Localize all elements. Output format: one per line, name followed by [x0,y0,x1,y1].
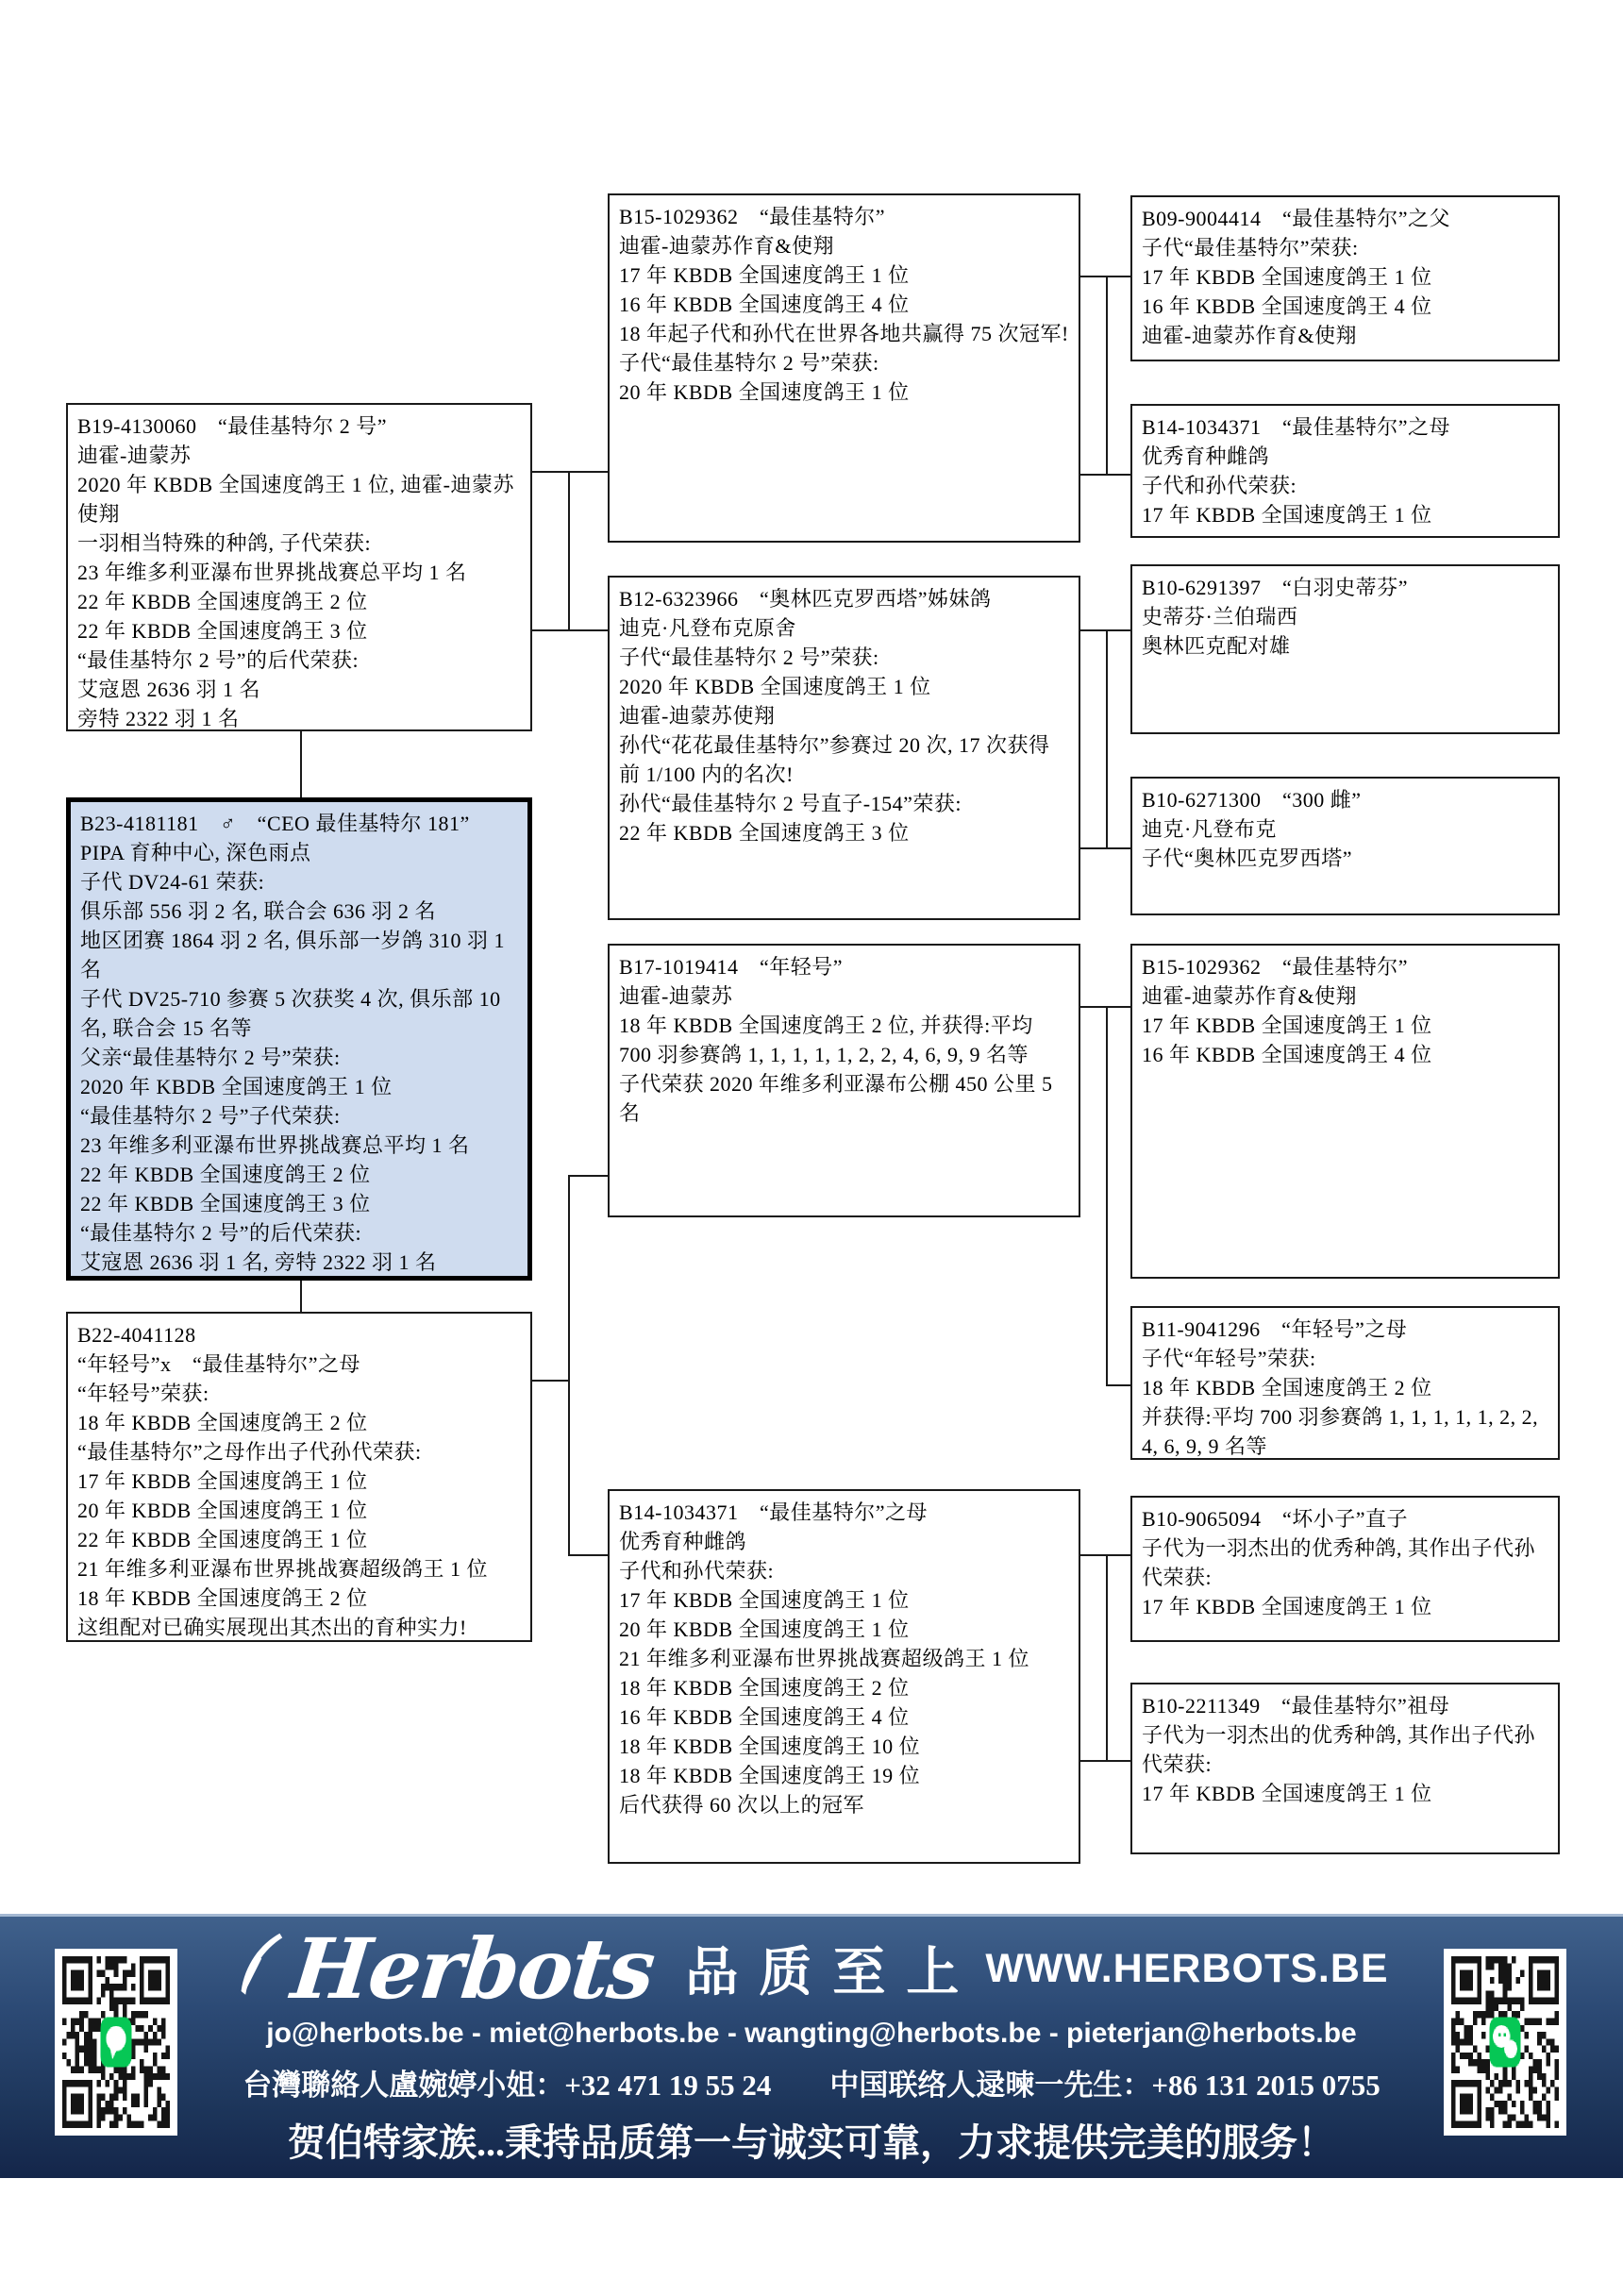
pedigree-text-line: 迪霍-迪蒙苏使翔 [619,701,1069,730]
pedigree-connector-line [532,471,608,473]
pedigree-text-line: 迪霍-迪蒙苏作育&使翔 [1142,321,1548,350]
pedigree-text-line: 优秀育种雌鸽 [1142,442,1548,471]
pedigree-text-line: 子代和孙代荣获: [619,1556,1069,1585]
pedigree-text-line: 17 年 KBDB 全国速度鸽王 1 位 [1142,1592,1548,1621]
pedigree-text-line: 18 年 KBDB 全国速度鸽王 2 位 [77,1584,521,1613]
pedigree-text-line: 子代和孙代荣获: [1142,471,1548,500]
pedigree-text-line: 这组配对已确实展现出其杰出的育种实力! [77,1613,521,1642]
pedigree-box-b22-4041128: B22-4041128“年轻号”x “最佳基特尔”之母“年轻号”荣获:18 年 … [66,1312,532,1642]
pedigree-text-line: 艾寇恩 2636 羽 1 名 [77,675,521,704]
pedigree-text-line: 22 年 KBDB 全国速度鸽王 2 位 [80,1160,518,1189]
slogan-text: 贺伯特家族...秉持品质第一与诚实可靠，力求提供完美的服务！ [288,2113,1335,2167]
pedigree-text-line: B22-4041128 [77,1320,521,1349]
pedigree-connector-line [1080,847,1130,849]
website-text: WWW.HERBOTS.BE [985,1946,1388,1992]
pedigree-text-line: 迪克·凡登布克 [1142,814,1548,844]
pedigree-text-line: 子代“最佳基特尔 2 号”荣获: [619,348,1069,377]
pedigree-text-line: B10-6271300 “300 雌” [1142,785,1548,814]
pedigree-text-line: B11-9041296 “年轻号”之母 [1142,1315,1548,1344]
pedigree-text-line: “最佳基特尔 2 号”的后代荣获: [80,1218,518,1248]
pedigree-text-line: “年轻号”x “最佳基特尔”之母 [77,1349,521,1379]
pedigree-text-line: 子代 DV24-61 荣获: [80,867,518,897]
pedigree-connector-line [568,1175,570,1554]
pedigree-text-line: 2020 年 KBDB 全国速度鸽王 1 位 [619,672,1069,701]
pedigree-text-line: 16 年 KBDB 全国速度鸽王 4 位 [1142,1040,1548,1069]
pedigree-text-line: 子代为一羽杰出的优秀种鸽, 其作出子代孙代荣获: [1142,1720,1548,1779]
pedigree-text-line: “最佳基特尔”之母作出子代孙代荣获: [77,1437,521,1466]
pedigree-text-line: 并获得:平均 700 羽参赛鸽 1, 1, 1, 1, 1, 2, 2, 4, … [1142,1402,1548,1460]
pedigree-text-line: 16 年 KBDB 全国速度鸽王 4 位 [619,290,1069,319]
pedigree-text-line: B14-1034371 “最佳基特尔”之母 [1142,412,1548,442]
pedigree-text-line: 17 年 KBDB 全国速度鸽王 1 位 [619,1585,1069,1615]
pedigree-text-line: 20 年 KBDB 全国速度鸽王 1 位 [619,377,1069,407]
pedigree-text-line: 迪霍-迪蒙苏 [619,981,1069,1011]
pedigree-text-line: 子代 DV25-710 参赛 5 次获奖 4 次, 俱乐部 10 名, 联合会 … [80,984,518,1043]
pedigree-text-line: 孙代“花花最佳基特尔”参赛过 20 次, 17 次获得前 1/100 内的名次! [619,730,1069,789]
pedigree-text-line: 迪霍-迪蒙苏作育&使翔 [619,231,1069,260]
pedigree-text-line: 21 年维多利亚瀑布世界挑战赛超级鸽王 1 位 [77,1554,521,1584]
pedigree-box-b23-4181181: B23-4181181 ♂ “CEO 最佳基特尔 181”PIPA 育种中心, … [66,797,532,1281]
pedigree-text-line: 21 年维多利亚瀑布世界挑战赛超级鸽王 1 位 [619,1644,1069,1673]
pedigree-text-line: 优秀育种雌鸽 [619,1527,1069,1556]
pedigree-text-line: 23 年维多利亚瀑布世界挑战赛总平均 1 名 [80,1131,518,1160]
brand-wordmark: Herbots [289,1926,658,2011]
pedigree-text-line: 迪霍-迪蒙苏 [77,441,521,470]
pedigree-text-line: 旁特 2322 羽 1 名 [77,704,521,731]
pedigree-text-line: 奥林匹克配对雄 [1142,631,1548,661]
pedigree-text-line: 子代“奥林匹克罗西塔” [1142,844,1548,873]
pedigree-text-line: 17 年 KBDB 全国速度鸽王 1 位 [1142,1779,1548,1808]
pedigree-box-b19-4130060: B19-4130060 “最佳基特尔 2 号”迪霍-迪蒙苏2020 年 KBDB… [66,403,532,731]
pedigree-text-line: “最佳基特尔 2 号”的后代荣获: [77,645,521,675]
pedigree-connector-line [532,1380,570,1382]
pedigree-connector-line [1106,629,1108,847]
pedigree-text-line: B14-1034371 “最佳基特尔”之母 [619,1498,1069,1527]
pedigree-text-line: 2020 年 KBDB 全国速度鸽王 1 位 [80,1072,518,1101]
pedigree-text-line: B12-6323966 “奥林匹克罗西塔”姊妹鸽 [619,584,1069,613]
pedigree-text-line: B15-1029362 “最佳基特尔” [1142,952,1548,981]
pedigree-connector-line [532,629,608,631]
pedigree-text-line: B23-4181181 ♂ “CEO 最佳基特尔 181” [80,809,518,838]
pedigree-box-b15-1029362-gsire: B15-1029362 “最佳基特尔”迪霍-迪蒙苏作育&使翔17 年 KBDB … [1130,944,1560,1279]
pedigree-text-line: “年轻号”荣获: [77,1379,521,1408]
pedigree-text-line: 18 年起子代和孙代在世界各地共赢得 75 次冠军! [619,319,1069,348]
pedigree-box-b14-1034371-dam: B14-1034371 “最佳基特尔”之母优秀育种雌鸽子代和孙代荣获:17 年 … [608,1489,1080,1864]
pedigree-box-b10-2211349: B10-2211349 “最佳基特尔”祖母子代为一羽杰出的优秀种鸽, 其作出子代… [1130,1683,1560,1854]
pedigree-text-line: 18 年 KBDB 全国速度鸽王 2 位 [1142,1373,1548,1402]
footer-content: Herbots 品质至上 WWW.HERBOTS.BE jo@herbots.b… [193,1921,1430,2169]
emails-text: jo@herbots.be - miet@herbots.be - wangti… [266,2018,1356,2050]
pedigree-connector-line [1106,1006,1108,1384]
pedigree-text-line: 17 年 KBDB 全国速度鸽王 1 位 [1142,1011,1548,1040]
pedigree-box-b14-1034371-gdam: B14-1034371 “最佳基特尔”之母优秀育种雌鸽子代和孙代荣获:17 年 … [1130,404,1560,538]
pedigree-text-line: 子代为一羽杰出的优秀种鸽, 其作出子代孙代荣获: [1142,1533,1548,1592]
pedigree-text-line: 22 年 KBDB 全国速度鸽王 3 位 [619,818,1069,847]
pedigree-box-b09-9004414: B09-9004414 “最佳基特尔”之父子代“最佳基特尔”荣获:17 年 KB… [1130,195,1560,361]
pedigree-text-line: 18 年 KBDB 全国速度鸽王 19 位 [619,1761,1069,1790]
pedigree-connector-line [568,1175,608,1177]
contacts-text: 台灣聯絡人盧婉婷小姐：+32 471 19 55 24 中国联络人逯暕一先生：+… [243,2061,1380,2103]
pedigree-connector-line [300,731,302,797]
pedigree-text-line: 俱乐部 556 羽 2 名, 联合会 636 羽 2 名 [80,897,518,926]
pedigree-text-line: PIPA 育种中心, 深色雨点 [80,838,518,867]
pedigree-page: B19-4130060 “最佳基特尔 2 号”迪霍-迪蒙苏2020 年 KBDB… [0,0,1623,2296]
line-qr-code [62,1956,170,2128]
pedigree-text-line: 父亲“最佳基特尔 2 号”荣获: [80,1043,518,1072]
pedigree-text-line: B15-1029362 “最佳基特尔” [619,202,1069,231]
pedigree-text-line: 17 年 KBDB 全国速度鸽王 1 位 [1142,262,1548,292]
pedigree-text-line: B10-2211349 “最佳基特尔”祖母 [1142,1691,1548,1720]
pedigree-text-line: 18 年 KBDB 全国速度鸽王 2 位 [77,1408,521,1437]
pedigree-box-b15-1029362-sire: B15-1029362 “最佳基特尔”迪霍-迪蒙苏作育&使翔17 年 KBDB … [608,193,1080,543]
pedigree-text-line: 22 年 KBDB 全国速度鸽王 3 位 [80,1189,518,1218]
pedigree-text-line: B19-4130060 “最佳基特尔 2 号” [77,411,521,441]
line-qr-card [55,1949,177,2136]
pedigree-text-line: B17-1019414 “年轻号” [619,952,1069,981]
pedigree-text-line: 18 年 KBDB 全国速度鸽王 2 位 [619,1673,1069,1702]
pedigree-connector-line [1106,1554,1108,1760]
pedigree-text-line: 20 年 KBDB 全国速度鸽王 1 位 [619,1615,1069,1644]
pedigree-text-line: 子代荣获 2020 年维多利亚瀑布公棚 450 公里 5 名 [619,1069,1069,1128]
pedigree-text-line: 22 年 KBDB 全国速度鸽王 3 位 [77,616,521,645]
pedigree-text-line: 22 年 KBDB 全国速度鸽王 1 位 [77,1525,521,1554]
brand-row: Herbots 品质至上 WWW.HERBOTS.BE [234,1921,1388,2016]
pedigree-text-line: 地区团赛 1864 羽 2 名, 俱乐部一岁鸽 310 羽 1 名 [80,926,518,984]
wechat-qr-code [1451,1956,1559,2128]
pedigree-text-line: 18 年 KBDB 全国速度鸽王 10 位 [619,1732,1069,1761]
pedigree-text-line: B09-9004414 “最佳基特尔”之父 [1142,204,1548,233]
wechat-qr-card [1444,1949,1566,2136]
pedigree-connector-line [568,471,570,629]
pedigree-connector-line [300,1281,302,1312]
pedigree-text-line: 18 年 KBDB 全国速度鸽王 2 位, 并获得:平均 700 羽参赛鸽 1,… [619,1011,1069,1069]
pedigree-box-b10-6291397: B10-6291397 “白羽史蒂芬”史蒂芬·兰伯瑞西奥林匹克配对雄 [1130,564,1560,734]
pedigree-text-line: 23 年维多利亚瀑布世界挑战赛总平均 1 名 [77,558,521,587]
pedigree-connector-line [1106,276,1108,474]
pedigree-box-b10-6271300: B10-6271300 “300 雌”迪克·凡登布克子代“奥林匹克罗西塔” [1130,777,1560,915]
brand-tagline: 品质至上 [685,1931,979,2006]
pedigree-connector-line [1080,474,1130,476]
pedigree-text-line: 16 年 KBDB 全国速度鸽王 4 位 [619,1702,1069,1732]
pedigree-text-line: 一羽相当特殊的种鸽, 子代荣获: [77,528,521,558]
pedigree-text-line: 艾寇恩 2636 羽 1 名, 旁特 2322 羽 1 名 [80,1248,518,1277]
pedigree-box-b10-9065094: B10-9065094 “坏小子”直子子代为一羽杰出的优秀种鸽, 其作出子代孙代… [1130,1496,1560,1642]
pedigree-text-line: 后代获得 60 次以上的冠军 [619,1790,1069,1819]
pedigree-text-line: 孙代“最佳基特尔 2 号直子-154”荣获: [619,789,1069,818]
pedigree-text-line: 2020 年 KBDB 全国速度鸽王 1 位, 迪霍-迪蒙苏使翔 [77,470,521,528]
pedigree-connector-line [1106,1384,1130,1386]
pedigree-text-line: “最佳基特尔 2 号”子代荣获: [80,1101,518,1131]
pedigree-text-line: 史蒂芬·兰伯瑞西 [1142,602,1548,631]
pedigree-text-line: 16 年 KBDB 全国速度鸽王 4 位 [1142,292,1548,321]
pedigree-text-line: B10-6291397 “白羽史蒂芬” [1142,573,1548,602]
pedigree-text-line: 17 年 KBDB 全国速度鸽王 1 位 [619,260,1069,290]
pedigree-text-line: 迪克·凡登布克原舍 [619,613,1069,643]
pedigree-box-b17-1019414: B17-1019414 “年轻号”迪霍-迪蒙苏18 年 KBDB 全国速度鸽王 … [608,944,1080,1217]
pedigree-text-line: 17 年 KBDB 全国速度鸽王 1 位 [77,1466,521,1496]
pedigree-text-line: 20 年 KBDB 全国速度鸽王 1 位 [77,1496,521,1525]
pedigree-box-b11-9041296: B11-9041296 “年轻号”之母子代“年轻号”荣获:18 年 KBDB 全… [1130,1306,1560,1460]
pedigree-text-line: 17 年 KBDB 全国速度鸽王 1 位 [1142,500,1548,529]
pedigree-connector-line [568,1554,608,1556]
pedigree-text-line: 子代“最佳基特尔”荣获: [1142,233,1548,262]
pedigree-box-b12-6323966: B12-6323966 “奥林匹克罗西塔”姊妹鸽迪克·凡登布克原舍子代“最佳基特… [608,576,1080,920]
pedigree-text-line: 迪霍-迪蒙苏作育&使翔 [1142,981,1548,1011]
pedigree-text-line: 22 年 KBDB 全国速度鸽王 2 位 [77,587,521,616]
pedigree-text-line: B10-9065094 “坏小子”直子 [1142,1504,1548,1533]
feather-icon [234,1930,287,2008]
pedigree-text-line: 子代“年轻号”荣获: [1142,1344,1548,1373]
pedigree-text-line: 子代“最佳基特尔 2 号”荣获: [619,643,1069,672]
pedigree-connector-line [1080,1760,1130,1762]
